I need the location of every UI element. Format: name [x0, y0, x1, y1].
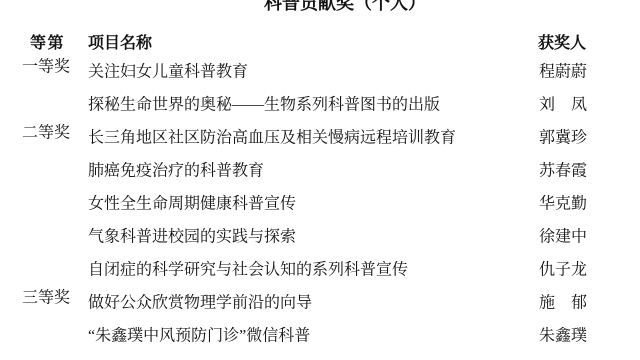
project-name-cell: 做好公众欣赏物理学前沿的向导 — [88, 294, 312, 311]
table-row: 三等奖 做好公众欣赏物理学前沿的向导 施 郁 — [0, 286, 640, 319]
table-row: 自闭症的科学研究与社会认知的系列科普宣传 仇子龙 — [0, 253, 640, 286]
rank-cell: 二等奖 — [22, 124, 70, 141]
winner-name-cell: 仇子龙 — [539, 261, 587, 278]
table-row: 女性全生命周期健康科普宣传 华克勤 — [0, 187, 640, 220]
header-rank: 等第 — [30, 35, 65, 52]
winner-name-cell: 程蔚蔚 — [539, 63, 587, 80]
project-name-cell: 肺癌免疫治疗的科普教育 — [88, 162, 264, 179]
table-row: 气象科普进校园的实践与探索 徐建中 — [0, 220, 640, 253]
winner-name-cell: 郭冀珍 — [539, 129, 587, 146]
table-row: 一等奖 关注妇女儿童科普教育 程蔚蔚 — [0, 55, 640, 88]
winner-name-cell: 朱鑫璞 — [539, 327, 587, 344]
page-title: 科普贡献奖（个人） — [264, 0, 426, 13]
table-row: 二等奖 长三角地区社区防治高血压及相关慢病远程培训教育 郭冀珍 — [0, 121, 640, 154]
project-name-cell: 探秘生命世界的奥秘——生物系列科普图书的出版 — [88, 96, 440, 113]
rank-cell: 一等奖 — [22, 58, 70, 75]
winner-name-cell: 华克勤 — [539, 195, 587, 212]
project-name-cell: 自闭症的科学研究与社会认知的系列科普宣传 — [88, 261, 408, 278]
document-page: 科普贡献奖（个人） 等第 项目名称 获奖人 一等奖 关注妇女儿童科普教育 程蔚蔚… — [0, 0, 640, 360]
header-winner: 获奖人 — [538, 35, 586, 52]
winner-name-cell: 苏春霞 — [539, 162, 587, 179]
project-name-cell: “朱鑫璞中风预防门诊”微信科普 — [88, 327, 310, 344]
winner-name-cell: 刘 凤 — [539, 96, 587, 113]
project-name-cell: 女性全生命周期健康科普宣传 — [88, 195, 296, 212]
award-table: 一等奖 关注妇女儿童科普教育 程蔚蔚 探秘生命世界的奥秘——生物系列科普图书的出… — [0, 55, 640, 352]
project-name-cell: 关注妇女儿童科普教育 — [88, 63, 248, 80]
winner-name-cell: 徐建中 — [539, 228, 587, 245]
project-name-cell: 长三角地区社区防治高血压及相关慢病远程培训教育 — [88, 129, 456, 146]
winner-name-cell: 施 郁 — [539, 294, 587, 311]
table-row: 探秘生命世界的奥秘——生物系列科普图书的出版 刘 凤 — [0, 88, 640, 121]
header-project-name: 项目名称 — [88, 35, 152, 52]
project-name-cell: 气象科普进校园的实践与探索 — [88, 228, 296, 245]
table-row: “朱鑫璞中风预防门诊”微信科普 朱鑫璞 — [0, 319, 640, 352]
table-header-row: 等第 项目名称 获奖人 — [0, 35, 640, 52]
table-row: 肺癌免疫治疗的科普教育 苏春霞 — [0, 154, 640, 187]
rank-cell: 三等奖 — [22, 289, 70, 306]
